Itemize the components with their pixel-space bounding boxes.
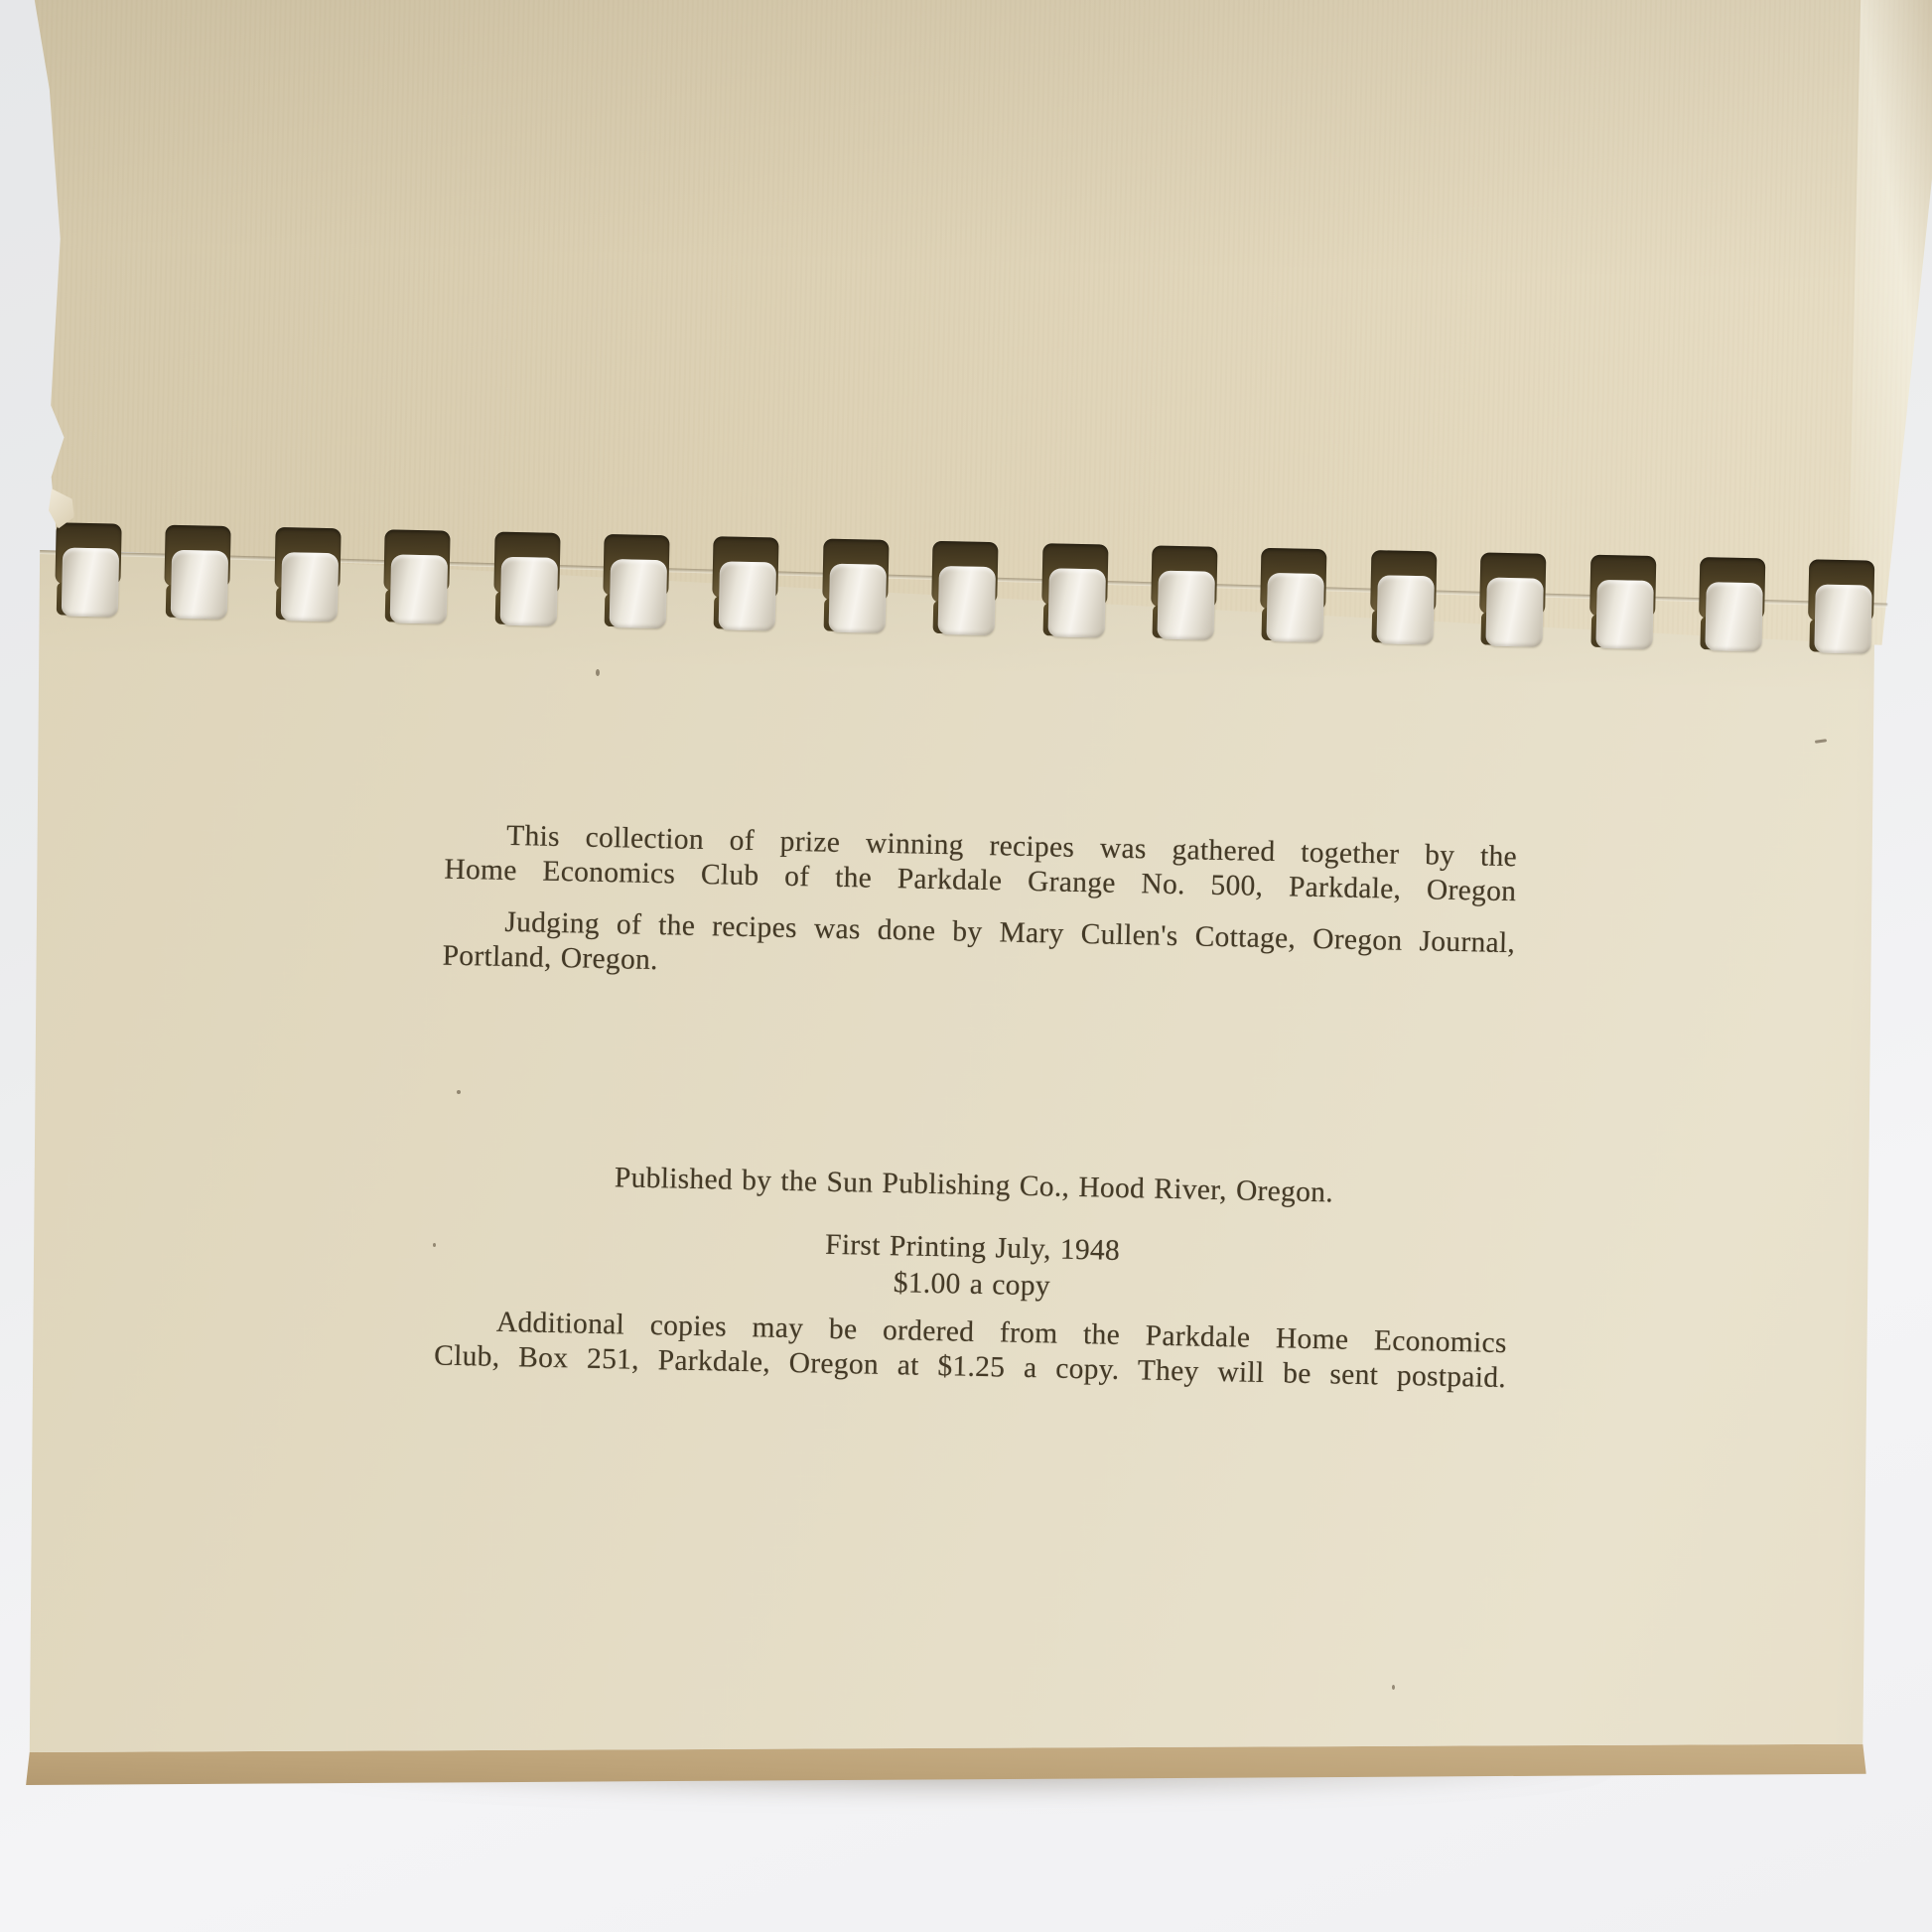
binding-tooth [931, 541, 1001, 637]
binding-tooth-surface [62, 547, 119, 617]
binding-tooth [1698, 557, 1767, 653]
binding-tooth-surface [828, 564, 886, 633]
binding-tooth [164, 525, 233, 621]
printed-text-block: This collection of prize winning recipes… [434, 818, 1517, 1396]
binding-tooth-surface [1376, 575, 1434, 644]
binding-tooth-surface [390, 554, 448, 623]
binding-tooth-surface [1267, 573, 1324, 642]
binding-tooth [55, 522, 124, 619]
binding-tooth-surface [499, 557, 557, 626]
binding-tooth [492, 532, 562, 628]
binding-tooth-surface [1595, 580, 1653, 649]
paper-speck [433, 1243, 436, 1247]
binding-tooth [383, 529, 453, 625]
binding-tooth-surface [1486, 578, 1544, 647]
binding-tooth [1479, 552, 1549, 648]
binding-tooth [1588, 555, 1658, 651]
binding-tooth [1150, 545, 1219, 641]
binding-tooth-surface [938, 566, 996, 635]
binding-tooth-surface [171, 550, 228, 620]
binding-tooth [712, 536, 781, 632]
binding-tooth-surface [610, 559, 667, 628]
binding-tooth-surface [280, 552, 338, 621]
binding-tooth-surface [1157, 571, 1214, 640]
photo-scene: This collection of prize winning recipes… [0, 0, 1932, 1932]
paper-speck [1392, 1685, 1395, 1690]
binding-tooth-surface [719, 561, 776, 630]
open-booklet: This collection of prize winning recipes… [0, 0, 1932, 1926]
binding-tooth [1260, 548, 1329, 644]
binding-tooth [1369, 550, 1439, 646]
binding-tooth [1808, 559, 1877, 655]
binding-tooth [603, 534, 672, 630]
publisher-line: Published by the Sun Publishing Co., Hoo… [438, 1158, 1510, 1215]
binding-tooth [273, 527, 343, 623]
paper-speck [457, 1090, 461, 1094]
binding-tooth-surface [1705, 582, 1762, 651]
binding-tooth-surface [1047, 568, 1105, 637]
binding-tooth [821, 539, 891, 635]
binding-tooth-surface [1815, 584, 1872, 653]
binding-tooth [1040, 543, 1110, 639]
paper-speck [596, 669, 600, 676]
